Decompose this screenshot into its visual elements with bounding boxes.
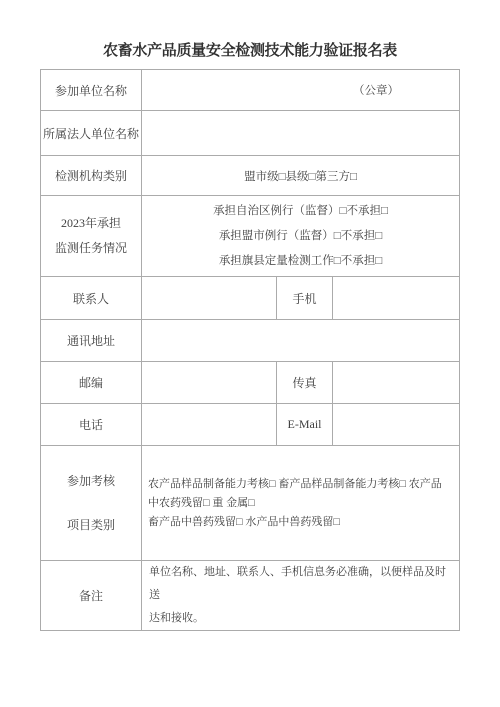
postcode-label: 邮编 — [41, 362, 142, 404]
row-remarks: 备注 单位名称、地址、联系人、手机信息务必准确，以便样品及时 送 达和接收。 — [41, 561, 460, 631]
contact-input-cell[interactable] — [142, 277, 277, 320]
row-contact-mobile: 联系人 手机 — [41, 277, 460, 320]
row-assessment-categories: 参加考核 项目类别 农产品样品制备能力考核□ 畜产品样品制备能力考核□ 农产品 … — [41, 446, 460, 561]
row-org-type: 检测机构类别 盟市级□县级□第三方□ — [41, 156, 460, 196]
tasks-2023-label: 2023年承担 监测任务情况 — [41, 196, 142, 277]
row-phone-email: 电话 E-Mail — [41, 404, 460, 446]
postcode-input-cell[interactable] — [142, 362, 277, 404]
row-tasks-2023: 2023年承担 监测任务情况 承担自治区例行（监督）□不承担□ 承担盟市例行（监… — [41, 196, 460, 277]
fax-input-cell[interactable] — [333, 362, 460, 404]
row-address: 通讯地址 — [41, 320, 460, 362]
unit-name-input-cell[interactable]: （公章） — [142, 70, 460, 111]
assessment-label: 参加考核 项目类别 — [41, 446, 142, 561]
mobile-label: 手机 — [277, 277, 333, 320]
mobile-input-cell[interactable] — [333, 277, 460, 320]
address-label: 通讯地址 — [41, 320, 142, 362]
phone-input-cell[interactable] — [142, 404, 277, 446]
row-postcode-fax: 邮编 传真 — [41, 362, 460, 404]
remarks-label: 备注 — [41, 561, 142, 631]
fax-label: 传真 — [277, 362, 333, 404]
tasks-2023-checkbox-options[interactable]: 承担自治区例行（监督）□不承担□ 承担盟市例行（监督）□不承担□ 承担旗县定量检… — [142, 196, 460, 277]
unit-name-label: 参加单位名称 — [41, 70, 142, 111]
phone-label: 电话 — [41, 404, 142, 446]
org-type-checkbox-options[interactable]: 盟市级□县级□第三方□ — [142, 156, 460, 196]
email-input-cell[interactable] — [333, 404, 460, 446]
address-input-cell[interactable] — [142, 320, 460, 362]
legal-entity-label: 所属法人单位名称 — [41, 111, 142, 156]
contact-label: 联系人 — [41, 277, 142, 320]
remarks-text: 单位名称、地址、联系人、手机信息务必准确，以便样品及时 送 达和接收。 — [142, 561, 460, 631]
form-page: 农畜水产品质量安全检测技术能力验证报名表 参加单位名称 （公章） 所属法人单位名… — [0, 0, 500, 707]
seal-note: （公章） — [353, 85, 399, 97]
email-label: E-Mail — [277, 404, 333, 446]
org-type-label: 检测机构类别 — [41, 156, 142, 196]
row-legal-entity: 所属法人单位名称 — [41, 111, 460, 156]
row-unit-name: 参加单位名称 （公章） — [41, 70, 460, 111]
assessment-checkbox-options[interactable]: 农产品样品制备能力考核□ 畜产品样品制备能力考核□ 农产品 中农药残留□ 重 金… — [142, 446, 460, 561]
legal-entity-input-cell[interactable] — [142, 111, 460, 156]
registration-table: 参加单位名称 （公章） 所属法人单位名称 检测机构类别 盟市级□县级□第三方□ … — [40, 69, 460, 631]
page-title: 农畜水产品质量安全检测技术能力验证报名表 — [0, 42, 500, 60]
